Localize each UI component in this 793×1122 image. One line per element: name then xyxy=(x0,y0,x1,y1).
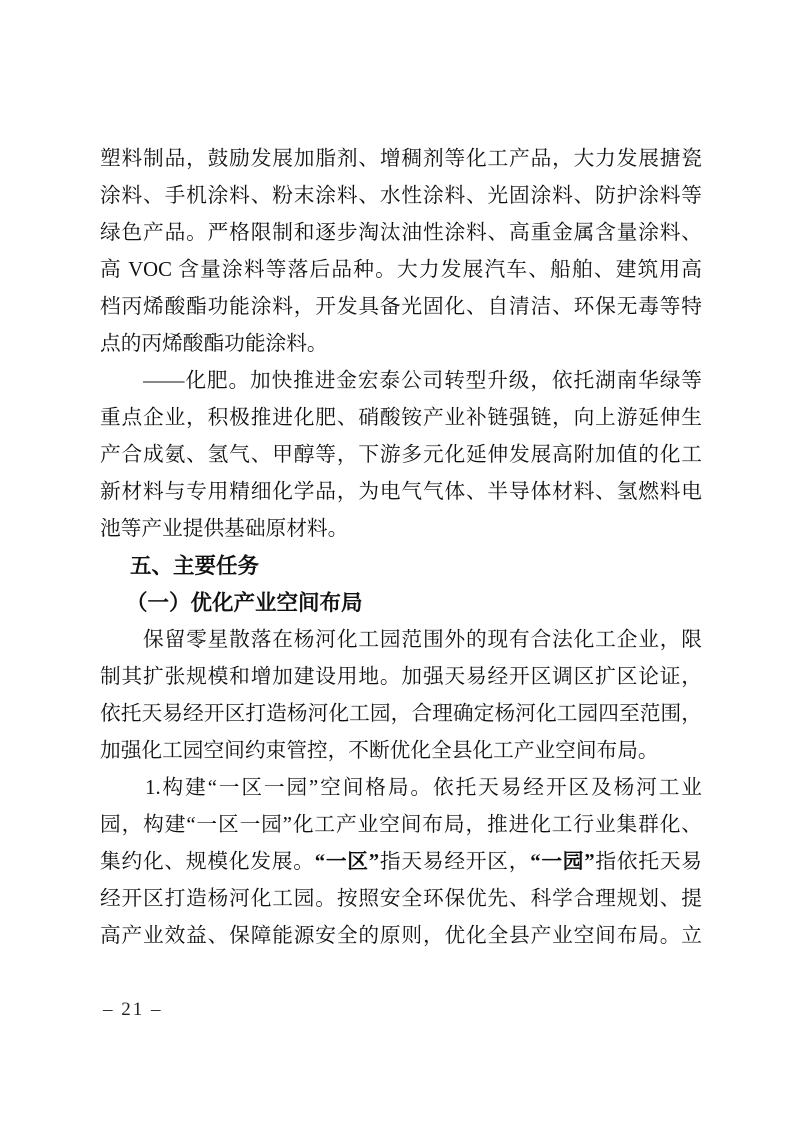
text-line: 塑料制品，鼓励发展加脂剂、增稠剂等化工产品，大力发展搪瓷 xyxy=(100,141,702,178)
text-line: 绿色产品。严格限制和逐步淘汰油性涂料、高重金属含量涂料、 xyxy=(100,215,702,252)
text-run: ——化肥。加快推进金宏泰公司转型升级，依托湖南华绿等 xyxy=(100,370,702,392)
text-line: 重点企业，积极推进化肥、硝酸铵产业补链强链，向上游延伸生 xyxy=(100,400,702,437)
text-line: 园，构建“一区一园”化工产业空间布局，推进化工行业集群化、 xyxy=(100,807,702,844)
emphasized-term: “一区” xyxy=(315,851,379,873)
text-line: 新材料与专用精细化学品，为电气气体、半导体材料、氢燃料电 xyxy=(100,474,702,511)
page-number: – 21 – xyxy=(103,997,163,1023)
text-line: 保留零星散落在杨河化工园范围外的现有合法化工企业，限 xyxy=(100,622,702,659)
text-run: 指天易经开区， xyxy=(379,851,530,873)
text-run: 依托天易经开区打造杨河化工园，合理确定杨河化工园四至范围， xyxy=(100,703,702,725)
text-run: 高 VOC 含量涂料等落后品种。大力发展汽车、船舶、建筑用高 xyxy=(100,259,702,281)
text-run: 绿色产品。严格限制和逐步淘汰油性涂料、高重金属含量涂料、 xyxy=(100,222,702,244)
para-one-district-one-park: 1.构建“一区一园”空间格局。依托天易经开区及杨河工业园，构建“一区一园”化工产… xyxy=(100,770,702,955)
text-line: 经开区打造杨河化工园。按照安全环保优先、科学合理规划、提 xyxy=(100,881,702,918)
text-run: 园，构建“一区一园”化工产业空间布局，推进化工行业集群化、 xyxy=(100,814,702,836)
text-line: 加强化工园空间约束管控，不断优化全县化工产业空间布局。 xyxy=(100,733,702,770)
text-line: 档丙烯酸酯功能涂料，开发具备光固化、自清洁、环保无毒等特 xyxy=(100,289,702,326)
text-run: 经开区打造杨河化工园。按照安全环保优先、科学合理规划、提 xyxy=(100,888,702,910)
text-line: 制其扩张规模和增加建设用地。加强天易经开区调区扩区论证， xyxy=(100,659,702,696)
text-run: 集约化、规模化发展。 xyxy=(100,851,315,873)
text-run: 1.构建“一区一园”空间格局。依托天易经开区及杨河工业 xyxy=(100,777,702,799)
text-run: 产合成氨、氢气、甲醇等，下游多元化延伸发展高附加值的化工 xyxy=(100,444,702,466)
para-coatings: 塑料制品，鼓励发展加脂剂、增稠剂等化工产品，大力发展搪瓷涂料、手机涂料、粉末涂料… xyxy=(100,141,702,363)
text-line: 点的丙烯酸酯功能涂料。 xyxy=(100,326,702,363)
text-line: 池等产业提供基础原材料。 xyxy=(100,511,702,548)
text-line: ——化肥。加快推进金宏泰公司转型升级，依托湖南华绿等 xyxy=(100,363,702,400)
text-run: 涂料、手机涂料、粉末涂料、水性涂料、光固涂料、防护涂料等 xyxy=(100,185,702,207)
text-run: 档丙烯酸酯功能涂料，开发具备光固化、自清洁、环保无毒等特 xyxy=(100,296,702,318)
text-line: 涂料、手机涂料、粉末涂料、水性涂料、光固涂料、防护涂料等 xyxy=(100,178,702,215)
text-run: 保留零星散落在杨河化工园范围外的现有合法化工企业，限 xyxy=(100,629,702,651)
text-run: 池等产业提供基础原材料。 xyxy=(100,518,348,540)
text-line: 集约化、规模化发展。“一区”指天易经开区，“一园”指依托天易 xyxy=(100,844,702,881)
para-fertilizer: ——化肥。加快推进金宏泰公司转型升级，依托湖南华绿等重点企业，积极推进化肥、硝酸… xyxy=(100,363,702,548)
text-run: 塑料制品，鼓励发展加脂剂、增稠剂等化工产品，大力发展搪瓷 xyxy=(100,148,702,170)
text-line: 产合成氨、氢气、甲醇等，下游多元化延伸发展高附加值的化工 xyxy=(100,437,702,474)
emphasized-term: “一园” xyxy=(530,851,594,873)
document-page: 塑料制品，鼓励发展加脂剂、增稠剂等化工产品，大力发展搪瓷涂料、手机涂料、粉末涂料… xyxy=(0,0,793,1122)
text-run: 新材料与专用精细化学品，为电气气体、半导体材料、氢燃料电 xyxy=(100,481,702,503)
heading-optimize-industrial-spatial-layout: （一）优化产业空间布局 xyxy=(126,585,702,622)
text-line: 依托天易经开区打造杨河化工园，合理确定杨河化工园四至范围， xyxy=(100,696,702,733)
heading-main-tasks: 五、主要任务 xyxy=(130,548,702,585)
text-line: 高产业效益、保障能源安全的原则，优化全县产业空间布局。立 xyxy=(100,918,702,955)
text-run: 点的丙烯酸酯功能涂料。 xyxy=(100,333,328,355)
text-run: 指依托天易 xyxy=(595,851,702,873)
text-run: 加强化工园空间约束管控，不断优化全县化工产业空间布局。 xyxy=(100,740,659,762)
text-line: 高 VOC 含量涂料等落后品种。大力发展汽车、船舶、建筑用高 xyxy=(100,252,702,289)
text-run: 制其扩张规模和增加建设用地。加强天易经开区调区扩区论证， xyxy=(100,666,702,688)
text-line: 1.构建“一区一园”空间格局。依托天易经开区及杨河工业 xyxy=(100,770,702,807)
para-reserve-enterprises: 保留零星散落在杨河化工园范围外的现有合法化工企业，限制其扩张规模和增加建设用地。… xyxy=(100,622,702,770)
document-body: 塑料制品，鼓励发展加脂剂、增稠剂等化工产品，大力发展搪瓷涂料、手机涂料、粉末涂料… xyxy=(100,141,702,955)
text-run: 重点企业，积极推进化肥、硝酸铵产业补链强链，向上游延伸生 xyxy=(100,407,702,429)
text-run: 高产业效益、保障能源安全的原则，优化全县产业空间布局。立 xyxy=(100,925,702,947)
